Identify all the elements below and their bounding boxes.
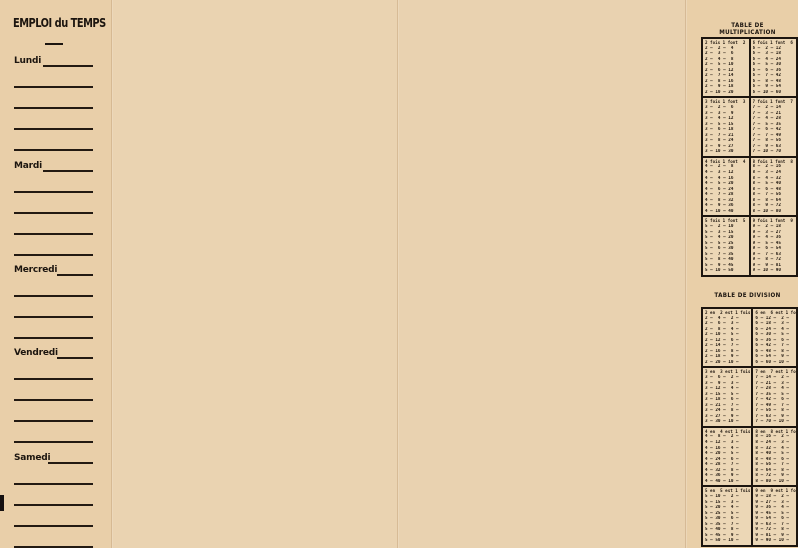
document-sheet: EMPLOI du TEMPS LundiMardiMercrediVendre… [0, 0, 798, 548]
writing-line [14, 337, 93, 339]
writing-line [14, 399, 93, 401]
blank-line-row [14, 431, 93, 443]
division-column: 7 en 7 est 1 fois7 — 14 — 2 —7 — 21 — 3 … [751, 368, 798, 425]
writing-line [14, 441, 93, 443]
day-row-lundi: Lundi [14, 55, 93, 67]
multiplication-column: 9 fois 1 font 99 — 2 — 189 — 3 — 279 — 4… [749, 217, 797, 274]
day-label: Vendredi [14, 348, 58, 358]
multiplication-table: 2 fois 1 font 22 — 2 — 42 — 3 — 62 — 4 —… [701, 37, 798, 277]
blank-line-row [14, 536, 93, 548]
division-column: 5 en 5 est 1 fois5 — 10 — 2 —5 — 15 — 3 … [703, 487, 751, 544]
division-block: 5 en 5 est 1 fois5 — 10 — 2 —5 — 15 — 3 … [703, 487, 796, 544]
writing-line [14, 378, 93, 380]
multiplication-column: 3 fois 1 font 33 — 2 — 63 — 3 — 93 — 4 —… [703, 98, 749, 155]
multiplication-column: 5 fois 1 font 55 — 2 — 105 — 3 — 155 — 4… [703, 217, 749, 274]
blank-line-row [14, 515, 93, 527]
writing-line [14, 295, 93, 297]
table-line: 3 — 30 — 10 — [705, 419, 750, 425]
title-dash [45, 43, 63, 45]
blank-line-row [14, 118, 93, 130]
writing-line [14, 254, 93, 256]
multiplication-block: 4 fois 1 font 44 — 2 — 84 — 3 — 124 — 4 … [703, 158, 796, 217]
table-line: 8 — 10 — 80 [753, 209, 796, 215]
division-table: 2 en 2 est 1 fois2 — 4 — 2 —2 — 6 — 3 —2… [701, 307, 798, 547]
table-line: 9 — 10 — 90 [753, 268, 796, 274]
writing-line [14, 128, 93, 130]
division-column: 4 en 4 est 1 fois4 — 8 — 2 —4 — 12 — 3 —… [703, 428, 751, 485]
writing-line [14, 316, 93, 318]
blank-line-row [14, 139, 93, 151]
division-column: 8 en 8 est 1 fois8 — 16 — 2 —8 — 24 — 3 … [751, 428, 798, 485]
writing-line [57, 357, 93, 359]
table-line: 2 — 10 — 20 [705, 90, 748, 96]
table-line: 6 fois 1 font 6 [753, 40, 796, 46]
writing-line [43, 170, 93, 172]
table-line: 2 fois 1 font 2 [705, 40, 748, 46]
writing-line [43, 65, 93, 67]
fold-line [397, 0, 399, 548]
blank-line-row [14, 306, 93, 318]
writing-line [14, 233, 93, 235]
writing-line [14, 504, 93, 506]
multiplication-title: TABLE DE MULTIPLICATION [705, 22, 791, 36]
fold-line [111, 0, 113, 548]
division-title: TABLE DE DIVISION [705, 292, 791, 299]
division-block: 3 en 3 est 1 fois3 — 6 — 2 —3 — 9 — 3 —3… [703, 368, 796, 427]
division-column: 3 en 3 est 1 fois3 — 6 — 2 —3 — 9 — 3 —3… [703, 368, 751, 425]
table-line: 6 — 10 — 60 [753, 90, 796, 96]
blank-line-row [14, 181, 93, 193]
division-column: 6 en 6 est 1 fois6 — 12 — 2 —6 — 18 — 3 … [751, 309, 798, 366]
multiplication-column: 2 fois 1 font 22 — 2 — 42 — 3 — 62 — 4 —… [703, 39, 749, 96]
blank-line-row [14, 97, 93, 109]
writing-line [14, 420, 93, 422]
table-line: 6 en 6 est 1 fois [755, 310, 798, 316]
day-row-mercredi: Mercredi [14, 264, 93, 276]
writing-line [14, 483, 93, 485]
writing-line [14, 191, 93, 193]
blank-line-row [14, 494, 93, 506]
table-line: 2 — 20 — 10 — [705, 360, 750, 366]
table-line: 3 — 10 — 30 [705, 149, 748, 155]
multiplication-column: 7 fois 1 font 77 — 2 — 147 — 3 — 217 — 4… [749, 98, 797, 155]
writing-line [14, 212, 93, 214]
writing-line [14, 107, 93, 109]
day-row-vendredi: Vendredi [14, 347, 93, 359]
fold-line [685, 0, 687, 548]
day-row-samedi: Samedi [14, 452, 93, 464]
blank-line-row [14, 389, 93, 401]
day-label: Lundi [14, 56, 41, 66]
writing-line [14, 149, 93, 151]
division-block: 2 en 2 est 1 fois2 — 4 — 2 —2 — 6 — 3 —2… [703, 309, 796, 368]
blank-line-row [14, 473, 93, 485]
edge-mark [0, 495, 4, 511]
multiplication-column: 6 fois 1 font 66 — 2 — 126 — 3 — 186 — 4… [749, 39, 797, 96]
blank-line-row [14, 244, 93, 256]
blank-line-row [14, 327, 93, 339]
blank-line-row [14, 285, 93, 297]
writing-line [48, 462, 93, 464]
multiplication-block: 2 fois 1 font 22 — 2 — 42 — 3 — 62 — 4 —… [703, 39, 796, 98]
day-row-mardi: Mardi [14, 160, 93, 172]
table-line: 4 — 40 — 10 — [705, 479, 750, 485]
division-block: 4 en 4 est 1 fois4 — 8 — 2 —4 — 12 — 3 —… [703, 428, 796, 487]
panel-blank-left [112, 0, 398, 548]
blank-line-row [14, 202, 93, 214]
blank-line-row [14, 223, 93, 235]
multiplication-column: 4 fois 1 font 44 — 2 — 84 — 3 — 124 — 4 … [703, 158, 749, 215]
writing-line [14, 525, 93, 527]
table-line: 5 — 50 — 10 — [705, 538, 750, 544]
division-column: 2 en 2 est 1 fois2 — 4 — 2 —2 — 6 — 3 —2… [703, 309, 751, 366]
table-line: 2 en 2 est 1 fois [705, 310, 750, 316]
panel-blank-right [398, 0, 686, 548]
writing-line [57, 274, 93, 276]
emploi-du-temps-title: EMPLOI du TEMPS [13, 16, 82, 30]
day-label: Mardi [14, 161, 42, 171]
table-line: 4 — 10 — 40 [705, 209, 748, 215]
multiplication-column: 8 fois 1 font 88 — 2 — 168 — 3 — 248 — 4… [749, 158, 797, 215]
blank-line-row [14, 368, 93, 380]
blank-line-row [14, 410, 93, 422]
writing-line [14, 86, 93, 88]
multiplication-block: 5 fois 1 font 55 — 2 — 105 — 3 — 155 — 4… [703, 217, 796, 274]
table-line: 8 — 80 — 10 — [755, 479, 798, 485]
table-line: 7 — 70 — 10 — [755, 419, 798, 425]
table-line: 9 — 90 — 10 — [755, 538, 798, 544]
multiplication-block: 3 fois 1 font 33 — 2 — 63 — 3 — 93 — 4 —… [703, 98, 796, 157]
division-column: 9 en 9 est 1 fois9 — 18 — 2 —9 — 27 — 3 … [751, 487, 798, 544]
blank-line-row [14, 76, 93, 88]
table-line: 6 — 60 — 10 — [755, 360, 798, 366]
table-line: 7 — 10 — 70 [753, 149, 796, 155]
day-label: Mercredi [14, 265, 57, 275]
table-line: 5 — 10 — 50 [705, 268, 748, 274]
day-label: Samedi [14, 453, 50, 463]
